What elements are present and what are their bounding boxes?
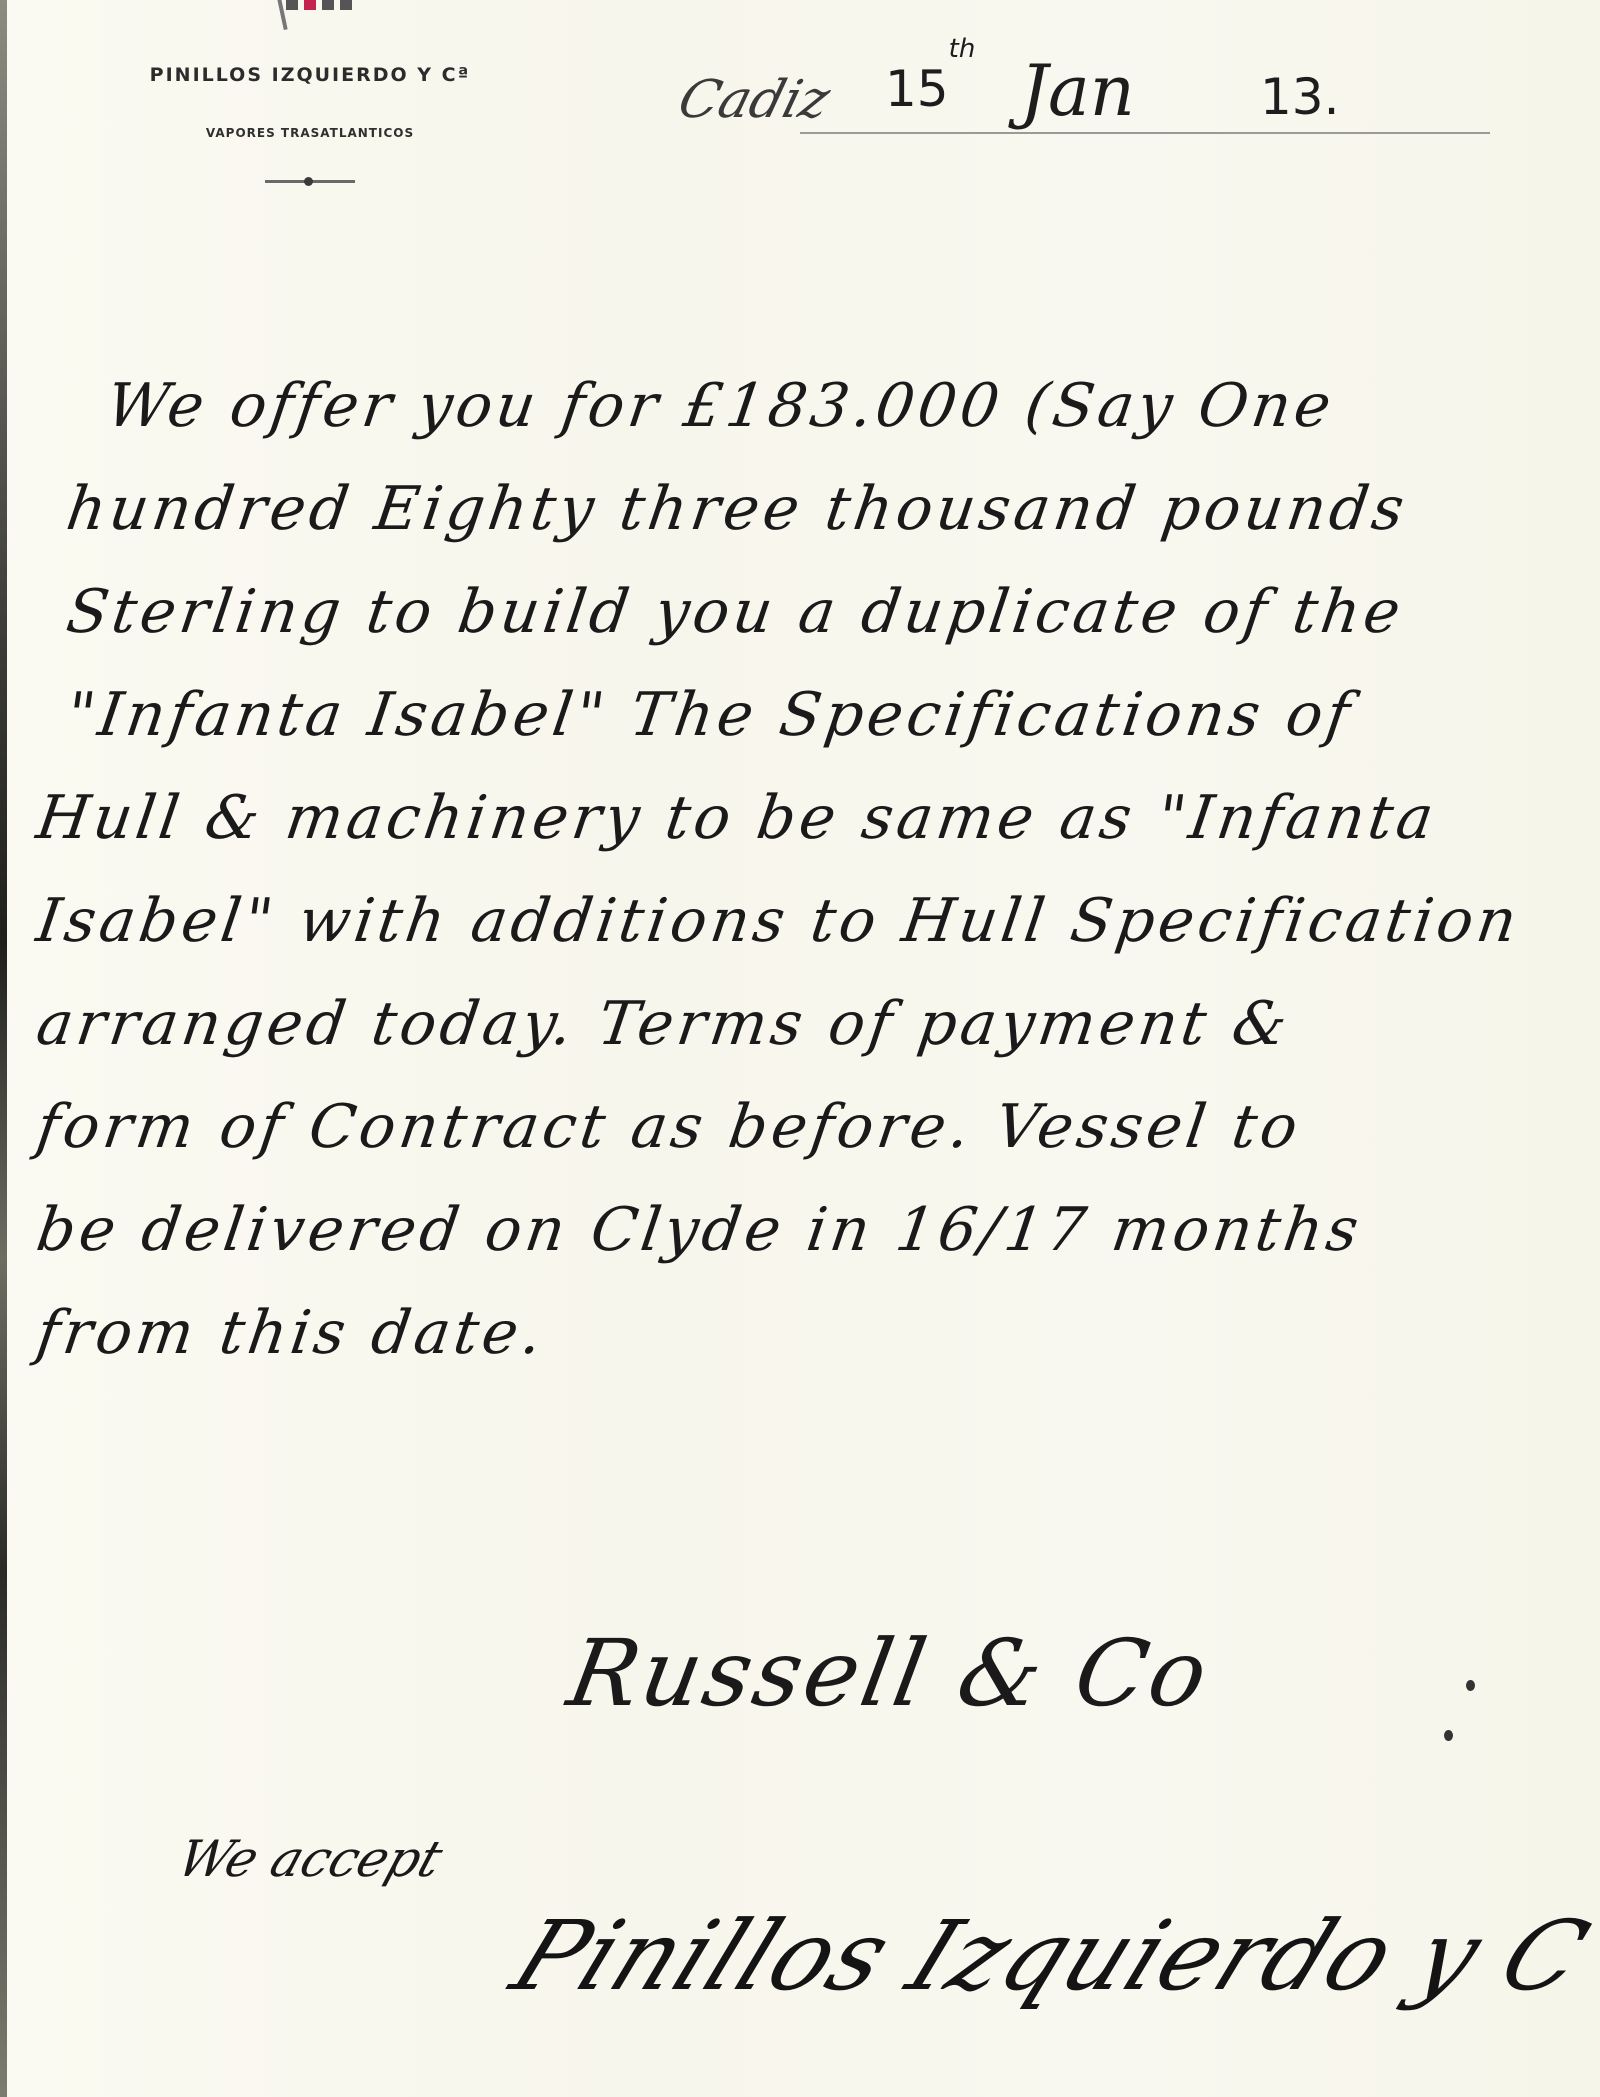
date-year: 13. bbox=[1260, 68, 1340, 126]
body-line: Sterling to build you a duplicate of the bbox=[30, 561, 1600, 664]
day-number: 15 bbox=[885, 60, 949, 118]
body-line: hundred Eighty three thousand pounds bbox=[30, 458, 1600, 561]
flag-logo-icon bbox=[240, 0, 380, 24]
company-subtitle: VAPORES TRASATLANTICOS bbox=[90, 126, 530, 140]
body-line: form of Contract as before. Vessel to bbox=[30, 1076, 1600, 1179]
body-line: We offer you for £183.000 (Say One bbox=[30, 355, 1600, 458]
body-line: Isabel" with additions to Hull Specifica… bbox=[30, 870, 1600, 973]
sender-signature: Russell & Co bbox=[561, 1620, 1218, 1727]
day-suffix: th bbox=[949, 34, 976, 64]
body-line: be delivered on Clyde in 16/17 months bbox=[30, 1179, 1600, 1282]
ink-dots bbox=[1440, 1680, 1480, 1760]
company-name: PINILLOS IZQUIERDO Y Cª bbox=[90, 64, 530, 86]
body-line: from this date. bbox=[30, 1282, 1600, 1385]
ornamental-rule-icon bbox=[265, 180, 355, 183]
body-line: "Infanta Isabel" The Specifications of bbox=[30, 664, 1600, 767]
date-rule bbox=[800, 132, 1490, 134]
date-day: 15th bbox=[885, 60, 975, 118]
body-line: arranged today. Terms of payment & bbox=[30, 973, 1600, 1076]
letterhead: PINILLOS IZQUIERDO Y Cª VAPORES TRASATLA… bbox=[90, 0, 530, 183]
date-month: Jan bbox=[1020, 50, 1135, 132]
scan-edge-shadow bbox=[0, 0, 7, 2097]
body-line: Hull & machinery to be same as "Infanta bbox=[30, 767, 1600, 870]
date-line: Cadiz 15th Jan 13. bbox=[680, 50, 1500, 140]
acceptor-signature: Pinillos Izquierdo y C bbox=[497, 1900, 1600, 2012]
acceptance-label: We accept bbox=[171, 1830, 450, 1888]
letter-body: We offer you for £183.000 (Say One hundr… bbox=[30, 355, 1590, 1385]
date-place: Cadiz bbox=[672, 70, 836, 130]
